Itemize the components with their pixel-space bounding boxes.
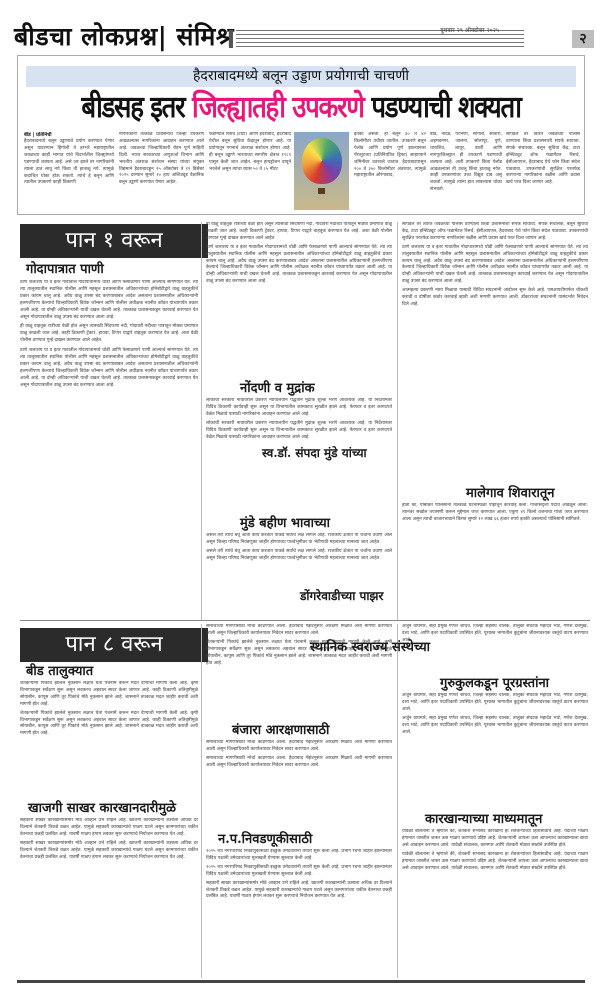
story-text: सापडले तर त्वरित जवळच्या पोलीस ठाण्याला … (402, 222, 588, 243)
page-number: २ (572, 30, 594, 48)
balloon-basket-icon (318, 188, 325, 194)
lead-column-1: बीड | प्रतिनिधी हैदराबादमध्ये बलून उड्डा… (24, 132, 114, 212)
lead-headline: बीडसह इतर जिल्ह्यातही उपकरणे पडण्याची शक… (58, 88, 545, 128)
byline: बीड | प्रतिनिधी (24, 132, 114, 139)
story-text: असले तरी त्यांचे बंधू आता काय करतात याकड… (206, 533, 392, 547)
story-text: शेतकऱ्यांनी पिकांचे झालेले नुकसान लक्षात… (20, 711, 198, 739)
lead-column-2: नागरिकांनी तत्काळ प्रशासनाचे जिल्हा उपकर… (119, 132, 204, 212)
story-heading-karkhanya: कारखान्याच्या माध्यमातून (425, 812, 542, 828)
balloon-envelope-icon (302, 138, 342, 184)
headline-highlight: जिल्ह्यातही उपकरणे (192, 90, 364, 125)
story-continuation: ही वाळू वाहतूक रात्रीच्या वेळी होत असून … (206, 222, 392, 382)
story-text: ठाणे जलाशय या व इतर गावातील गोदापात्रामध… (206, 245, 392, 286)
story-text: अर्जुन वाघमारे, सहा प्रमुख गणेश जाधव, जि… (402, 693, 588, 714)
column-divider (201, 222, 202, 620)
lead-text-6: सापडले तर त्वरित जवळच्या पोलीस ठाण्याला … (506, 132, 580, 187)
story-text: यावेळी बोलताना ते म्हणाले की, शेतकरी सभा… (402, 829, 588, 850)
issue-date: बुधवार २९ ऑक्टोबर २०२५ (440, 26, 499, 34)
story-text: यावेळी बोलताना ते म्हणाले की, शेतकरी सभा… (402, 852, 588, 873)
headline-part-3: पडण्याची शक्यता (364, 90, 521, 125)
story-text: आत्महत्या प्रकरणी न्याय मिळावा यासाठी वि… (402, 288, 588, 309)
lead-column-3: फंडामेंटल रिसर्च (टाटा) आणि हैदराबाद, है… (209, 132, 291, 212)
story-heading-khajagi-sakhar: खाजगी साखर कारखानदारीमुळे (28, 801, 176, 817)
column-divider (201, 624, 202, 978)
story-text: २०२५ च्या नगरपरिषद निवडणुकीसाठी इच्छुक उ… (206, 849, 392, 863)
story-text: ठाणे जलाशय या व इतर गावातील गोदापात्रामध… (20, 280, 198, 321)
lead-kicker: हैदराबादमध्ये बलून उड्डाण प्रयोगाची चाचण… (26, 66, 576, 87)
story-body-banjara: समाजाच्या मागणीसाठी मोर्चा काढण्यात आला.… (206, 740, 392, 832)
story-continuation-middle: समाजाच्या मागणीसाठी मोर्चा काढण्यात आला.… (206, 624, 392, 722)
section-label-pan-1: पान १ वरून (20, 224, 208, 258)
story-body-gurukul-intro: अर्जुन वाघमारे, सहा प्रमुख गणेश जाधव, जि… (402, 624, 588, 676)
section-label-pan-8: पान ८ वरून (20, 628, 208, 662)
story-text: अर्जुन वाघमारे, सहा प्रमुख गणेश जाधव, जि… (402, 624, 588, 645)
story-heading-gurukul: गुरुकुलकडून पूरग्रस्तांना (440, 676, 549, 692)
lead-columns: बीड | प्रतिनिधी हैदराबादमध्ये बलून उड्डा… (24, 132, 580, 212)
story-text: लोकांची सरकारी नावावरील प्रकरण न्यायालयी… (206, 398, 392, 419)
story-text: अर्जुन वाघमारे, सहा प्रमुख गणेश जाधव, जि… (402, 716, 588, 737)
section-divider (20, 620, 590, 621)
story-heading-dongrewadi: डोंगरेवाडीच्या पाझर (300, 588, 383, 604)
story-text: ठाणे जलाशय या व इतर गावातील गोदापात्रामध… (20, 348, 198, 389)
story-text: होती की, याबाबत पोलिसांनी तात्काळ घटनास्… (402, 503, 588, 524)
newspaper-title: बीडचा लोकप्रश्न| संमिश्र (14, 22, 234, 52)
story-body-malegaon: होती की, याबाबत पोलिसांनी तात्काळ घटनास्… (402, 503, 588, 613)
story-heading-beed-taluka: बीड तालुक्यात (26, 664, 93, 680)
lead-text-4: इतका असतो. ही बलून ३० ते ४२ किलोमीटर उंच… (354, 132, 426, 180)
story-heading-munde-bahin: मुंडे बहीण भावाच्या (240, 516, 330, 532)
story-body-gurukul: अर्जुन वाघमारे, सहा प्रमुख गणेश जाधव, जि… (402, 693, 588, 810)
story-text: शेतकऱ्यांनी पिकांचे झालेले नुकसान लक्षात… (20, 681, 198, 709)
story-heading-nondani: नोंदणी व मुद्रांक (240, 381, 315, 397)
story-continuation-right: सापडले तर त्वरित जवळच्या पोलीस ठाण्याला … (402, 222, 588, 474)
story-text: सहकारी साखर कारखान्यांसमोर मोठे आव्हान उ… (20, 841, 198, 862)
story-heading-np-nivadnuk: न.प.निवडणूकीसाठी (218, 832, 312, 848)
masthead: बीडचा लोकप्रश्न| संमिश्र बुधवार २९ ऑक्टो… (14, 22, 594, 52)
page-bottom-rule (17, 980, 585, 983)
lead-text-5: बीड, नांदेड, परभणी, सांगली, सातारा, अहमद… (430, 132, 502, 194)
lead-column-4: इतका असतो. ही बलून ३० ते ४२ किलोमीटर उंच… (354, 132, 426, 212)
story-heading-banjara: बंजारा आरक्षणासाठी (232, 723, 329, 739)
headline-part-1: बीडसह इतर (81, 90, 192, 125)
story-body-beed-taluka: शेतकऱ्यांनी पिकांचे झालेले नुकसान लक्षात… (20, 681, 198, 799)
hot-air-balloon-photo (294, 132, 349, 210)
story-text: सहकारी साखर कारखान्यांसमोर मोठे आव्हान उ… (20, 818, 198, 839)
story-heading-malegaon: मालेगाव शिवारातून (466, 486, 555, 502)
story-text: लोकांची सरकारी नावावरील प्रकरण न्यायालयी… (206, 421, 392, 442)
story-text: ही वाळू वाहतूक रात्रीच्या वेळी होत असून … (20, 324, 198, 345)
lead-column-6: सापडले तर त्वरित जवळच्या पोलीस ठाण्याला … (506, 132, 580, 212)
story-text: असले तरी त्यांचे बंधू आता काय करतात याकड… (206, 549, 392, 563)
story-text: समाजाच्या मागणीसाठी मोर्चा काढण्यात आला.… (206, 756, 392, 770)
story-body-np-nivadnuk: २०२५ च्या नगरपरिषद निवडणुकीसाठी इच्छुक उ… (206, 849, 392, 976)
lead-column-5: बीड, नांदेड, परभणी, सांगली, सातारा, अहमद… (430, 132, 502, 212)
story-text: ही वाळू वाहतूक रात्रीच्या वेळी होत असून … (206, 222, 392, 243)
column-divider (397, 222, 398, 620)
story-text: सहकारी साखर कारखान्यांसमोर मोठे आव्हान उ… (206, 881, 392, 902)
story-text: २०२५ च्या नगरपरिषद निवडणुकीसाठी इच्छुक उ… (206, 865, 392, 879)
story-body-karkhanya: यावेळी बोलताना ते म्हणाले की, शेतकरी सभा… (402, 829, 588, 976)
story-heading-sampada-munde: स्व.डॉ. संपदा मुंडे यांच्या (262, 445, 367, 461)
story-body-godapatra: ठाणे जलाशय या व इतर गावातील गोदापात्रामध… (20, 280, 198, 625)
story-text: समाजाच्या मागणीसाठी मोर्चा काढण्यात आला.… (206, 740, 392, 754)
story-body-khajagi-sakhar: सहकारी साखर कारखान्यांसमोर मोठे आव्हान उ… (20, 818, 198, 976)
story-text: ठाणे जलाशय या व इतर गावातील गोदापात्रामध… (402, 245, 588, 286)
lead-text-3: फंडामेंटल रिसर्च (टाटा) आणि हैदराबाद, है… (209, 132, 291, 173)
story-text: समाजाच्या मागणीसाठी मोर्चा काढण्यात आला.… (206, 624, 392, 638)
lead-text-1: हैदराबादमध्ये बलून उड्डाणाचे प्रयोग करण्… (24, 139, 114, 187)
lead-story: हैदराबादमध्ये बलून उड्डाण प्रयोगाची चाचण… (17, 55, 585, 215)
story-heading-godapatra: गोदापात्रात पाणी (26, 262, 104, 278)
column-divider (397, 624, 398, 978)
lead-text-2: नागरिकांनी तत्काळ प्रशासनाचे जिल्हा उपकर… (119, 132, 204, 187)
